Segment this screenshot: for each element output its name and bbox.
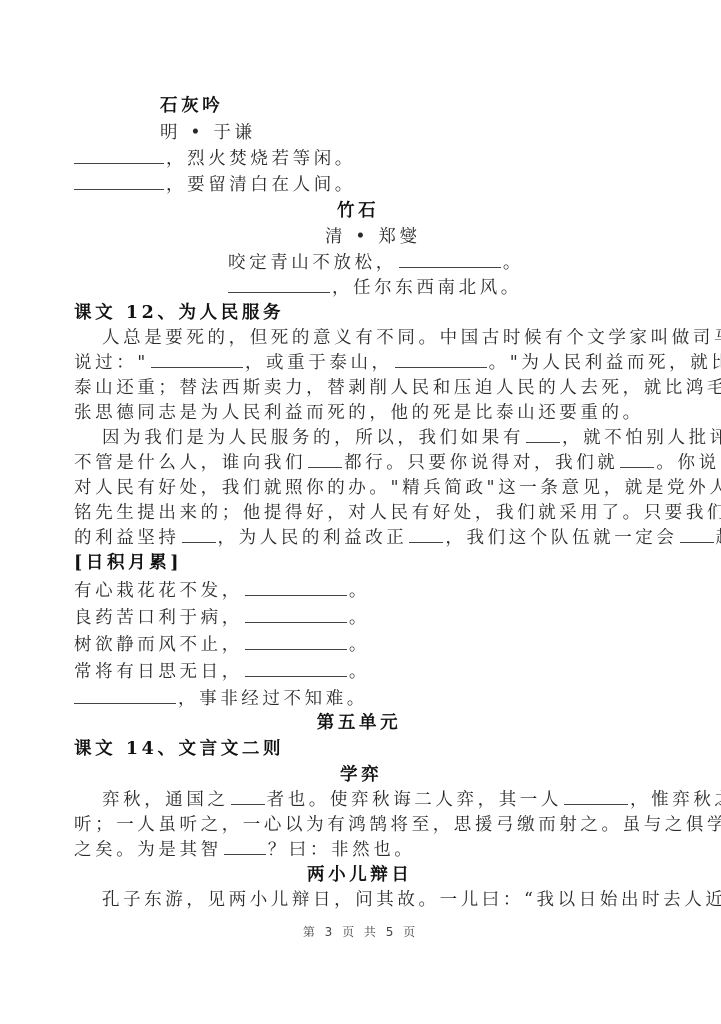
poem-title: 竹石: [337, 200, 721, 222]
saying-line: 有心栽花花不发，。: [74, 580, 644, 602]
paragraph-line: 听；一人虽听之，一心以为有鸿鹄将至，思援弓缴而射之。虽与之俱学，弗若: [74, 814, 644, 836]
story-title: 学弈: [340, 764, 721, 786]
saying-line: 良药苦口利于病，。: [74, 607, 644, 629]
fill-blank[interactable]: [74, 149, 164, 164]
fill-blank[interactable]: [245, 662, 347, 677]
paragraph-line: 不管是什么人，谁向我们都行。只要你说得对，我们就。你说的办法: [74, 452, 644, 474]
page-number: 第 3 页 共 5 页: [0, 923, 721, 940]
poem-author: 明 • 于谦: [160, 122, 721, 144]
paragraph-line: 对人民有好处，我们就照你的办。"精兵简政"这一条意见，就是党外人士李鼎: [74, 477, 644, 499]
saying-line: 常将有日思无日，。: [74, 661, 644, 683]
fill-blank[interactable]: [151, 353, 243, 368]
fill-blank[interactable]: [182, 528, 216, 543]
section-heading: [日积月累]: [74, 552, 644, 574]
paragraph-line: 之矣。为是其智？曰：非然也。: [74, 839, 644, 861]
fill-blank[interactable]: [620, 453, 654, 468]
saying-line: 树欲静而风不止，。: [74, 634, 644, 656]
fill-blank[interactable]: [564, 790, 628, 805]
poem-title: 石灰吟: [160, 95, 721, 117]
fill-blank[interactable]: [245, 635, 347, 650]
paragraph-line: 铭先生提出来的；他提得好，对人民有好处，我们就采用了。只要我们为人民: [74, 502, 644, 524]
document-page: 石灰吟 明 • 于谦 ，烈火焚烧若等闲。 ，要留清白在人间。 竹石 清 • 郑燮…: [0, 0, 721, 1024]
lesson-heading: 课文 12、为人民服务: [74, 302, 644, 324]
paragraph-line: 张思德同志是为人民利益而死的，他的死是比泰山还要重的。: [74, 402, 644, 424]
paragraph-line: 弈秋，通国之者也。使弈秋诲二人弈，其一人，惟弈秋之为: [102, 789, 672, 811]
fill-blank[interactable]: [409, 528, 443, 543]
saying-line: ，事非经过不知难。: [74, 688, 644, 710]
fill-blank[interactable]: [526, 428, 560, 443]
poem-author: 清 • 郑燮: [325, 226, 721, 248]
poem-line: ，要留清白在人间。: [74, 174, 644, 196]
paragraph-line: 人总是要死的，但死的意义有不同。中国古时候有个文学家叫做司马迁的: [102, 327, 672, 349]
story-title: 两小儿辩日: [307, 864, 721, 886]
fill-blank[interactable]: [74, 175, 164, 190]
fill-blank[interactable]: [399, 253, 501, 268]
poem-line: ，烈火焚烧若等闲。: [74, 148, 644, 170]
fill-blank[interactable]: [245, 581, 347, 596]
fill-blank[interactable]: [245, 608, 347, 623]
fill-blank[interactable]: [308, 453, 342, 468]
lesson-heading: 课文 14、文言文二则: [74, 738, 644, 760]
paragraph-line: 因为我们是为人民服务的，所以，我们如果有，就不怕别人批评指出。: [102, 427, 672, 449]
paragraph-line: 的利益坚持，为人民的利益改正，我们这个队伍就一定会起来。: [74, 527, 644, 549]
poem-line: 咬定青山不放松，。: [228, 252, 721, 274]
paragraph-line: 孔子东游，见两小儿辩日，问其故。一儿曰：“我以日始出时去人近，而: [102, 889, 672, 911]
paragraph-line: 说过："，或重于泰山，。"为人民利益而死，就比: [74, 352, 644, 374]
fill-blank[interactable]: [680, 528, 714, 543]
fill-blank[interactable]: [231, 790, 265, 805]
fill-blank[interactable]: [74, 689, 176, 704]
poem-line: ，任尔东西南北风。: [228, 277, 721, 299]
unit-heading: 第五单元: [74, 712, 644, 734]
fill-blank[interactable]: [228, 278, 330, 293]
paragraph-line: 泰山还重；替法西斯卖力，替剥削人民和压迫人民的人去死，就比鸿毛还轻。: [74, 377, 644, 399]
fill-blank[interactable]: [395, 353, 487, 368]
fill-blank[interactable]: [224, 840, 266, 855]
